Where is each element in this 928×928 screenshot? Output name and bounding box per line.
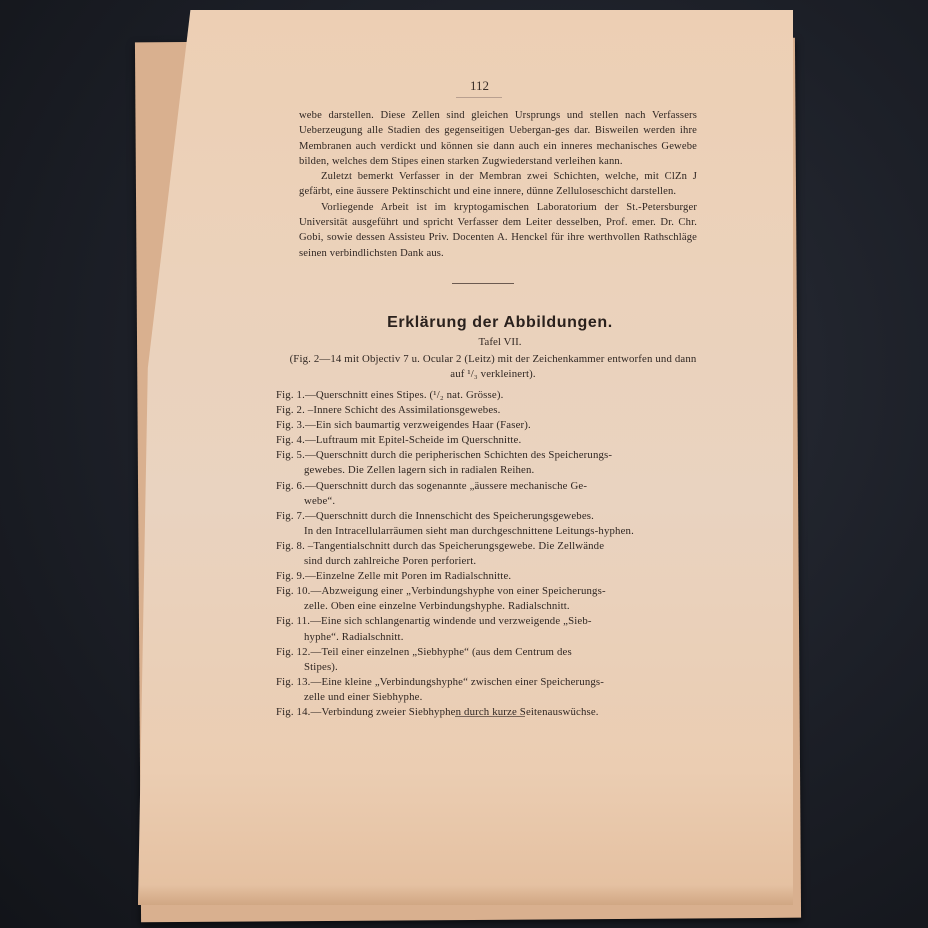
- figure-caption: Fig. 12.—Teil einer einzelnen „Siebhyphe…: [276, 645, 704, 675]
- paragraph: Vorliegende Arbeit ist im kryptogamische…: [299, 200, 697, 261]
- figure-caption: Fig. 3.—Ein sich baumartig verzweigendes…: [276, 418, 704, 433]
- figure-label: Fig. 1.—: [276, 389, 316, 401]
- figure-caption: Fig. 13.—Eine kleine „Verbindungshyphe“ …: [276, 675, 704, 705]
- figure-label: Fig. 5.—: [276, 449, 316, 461]
- plate-note: (Fig. 2—14 mit Objectiv 7 u. Ocular 2 (L…: [286, 352, 700, 383]
- figure-text: Querschnitt durch die Innenschicht des S…: [316, 510, 594, 522]
- figure-caption: Fig. 8. –Tangentialschnitt durch das Spe…: [276, 539, 704, 569]
- figure-list: Fig. 1.—Querschnitt eines Stipes. (¹/₂ n…: [276, 388, 704, 720]
- figure-text: Tangentialschnitt durch das Speicherungs…: [313, 540, 604, 552]
- figure-label: Fig. 6.—: [276, 480, 316, 492]
- figure-text: Luftraum mit Epitel-Scheide im Querschni…: [316, 434, 521, 446]
- figure-label: Fig. 3.—: [276, 419, 316, 431]
- figure-text: Querschnitt eines Stipes. (¹/₂ nat. Grös…: [316, 389, 504, 401]
- figure-text-continuation: In den Intracellularräumen sieht man dur…: [276, 524, 704, 539]
- figure-caption: Fig. 6.—Querschnitt durch das sogenannte…: [276, 479, 704, 509]
- figure-caption: Fig. 5.—Querschnitt durch die peripheris…: [276, 448, 704, 478]
- figure-caption: Fig. 2. –Innere Schicht des Assimilation…: [276, 403, 704, 418]
- figure-label: Fig. 7.—: [276, 510, 316, 522]
- figure-caption: Fig. 9.—Einzelne Zelle mit Poren im Radi…: [276, 569, 704, 584]
- figure-text: Eine kleine „Verbindungshyphe“ zwischen …: [321, 676, 604, 688]
- figure-label: Fig. 2. –: [276, 404, 313, 416]
- figure-text: Abzweigung einer „Verbindungshyphe von e…: [321, 585, 605, 597]
- figure-label: Fig. 10.—: [276, 585, 321, 597]
- figure-text: Querschnitt durch das sogenannte „äusser…: [316, 480, 587, 492]
- end-rule: [455, 716, 525, 717]
- figure-label: Fig. 13.—: [276, 676, 321, 688]
- figure-caption: Fig. 10.—Abzweigung einer „Verbindungshy…: [276, 584, 704, 614]
- figure-text-continuation: zelle. Oben eine einzelne Verbindungshyp…: [276, 599, 704, 614]
- figure-text: Ein sich baumartig verzweigendes Haar (F…: [316, 419, 531, 431]
- figure-text: Eine sich schlangenartig windende und ve…: [321, 615, 592, 627]
- plate-title: Tafel VII.: [300, 336, 700, 348]
- paragraph: webe darstellen. Diese Zellen sind gleic…: [299, 108, 697, 169]
- figure-label: Fig. 14.—: [276, 706, 321, 718]
- figure-label: Fig. 9.—: [276, 570, 316, 582]
- figure-text: Teil einer einzelnen „Siebhyphe“ (aus de…: [321, 646, 571, 658]
- figure-text-continuation: webe“.: [276, 494, 704, 509]
- figure-label: Fig. 8. –: [276, 540, 313, 552]
- figure-text: Einzelne Zelle mit Poren im Radialschnit…: [316, 570, 511, 582]
- figure-label: Fig. 4.—: [276, 434, 316, 446]
- figure-caption: Fig. 14.—Verbindung zweier Siebhyphen du…: [276, 705, 704, 720]
- figure-text: Querschnitt durch die peripherischen Sch…: [316, 449, 612, 461]
- figure-text-continuation: hyphe“. Radialschnitt.: [276, 630, 704, 645]
- figure-text-continuation: gewebes. Die Zellen lagern sich in radia…: [276, 463, 704, 478]
- figure-caption: Fig. 1.—Querschnitt eines Stipes. (¹/₂ n…: [276, 388, 704, 403]
- figure-text: Innere Schicht des Assimilationsgewebes.: [313, 404, 500, 416]
- figure-text-continuation: zelle und einer Siebhyphe.: [276, 690, 704, 705]
- figure-text-continuation: sind durch zahlreiche Poren perforiert.: [276, 554, 704, 569]
- figure-text-continuation: Stipes).: [276, 660, 704, 675]
- section-divider: [452, 283, 514, 284]
- figure-caption: Fig. 4.—Luftraum mit Epitel-Scheide im Q…: [276, 433, 704, 448]
- body-text: webe darstellen. Diese Zellen sind gleic…: [299, 108, 697, 261]
- figure-label: Fig. 11.—: [276, 615, 321, 627]
- figure-caption: Fig. 7.—Querschnitt durch die Innenschic…: [276, 509, 704, 539]
- page-number-rule: [456, 97, 502, 98]
- paragraph: Zuletzt bemerkt Verfasser in der Membran…: [299, 169, 697, 200]
- section-heading: Erklärung der Abbildungen.: [300, 314, 700, 332]
- page-number: 112: [470, 78, 489, 94]
- figure-caption: Fig. 11.—Eine sich schlangenartig winden…: [276, 614, 704, 644]
- figure-label: Fig. 12.—: [276, 646, 321, 658]
